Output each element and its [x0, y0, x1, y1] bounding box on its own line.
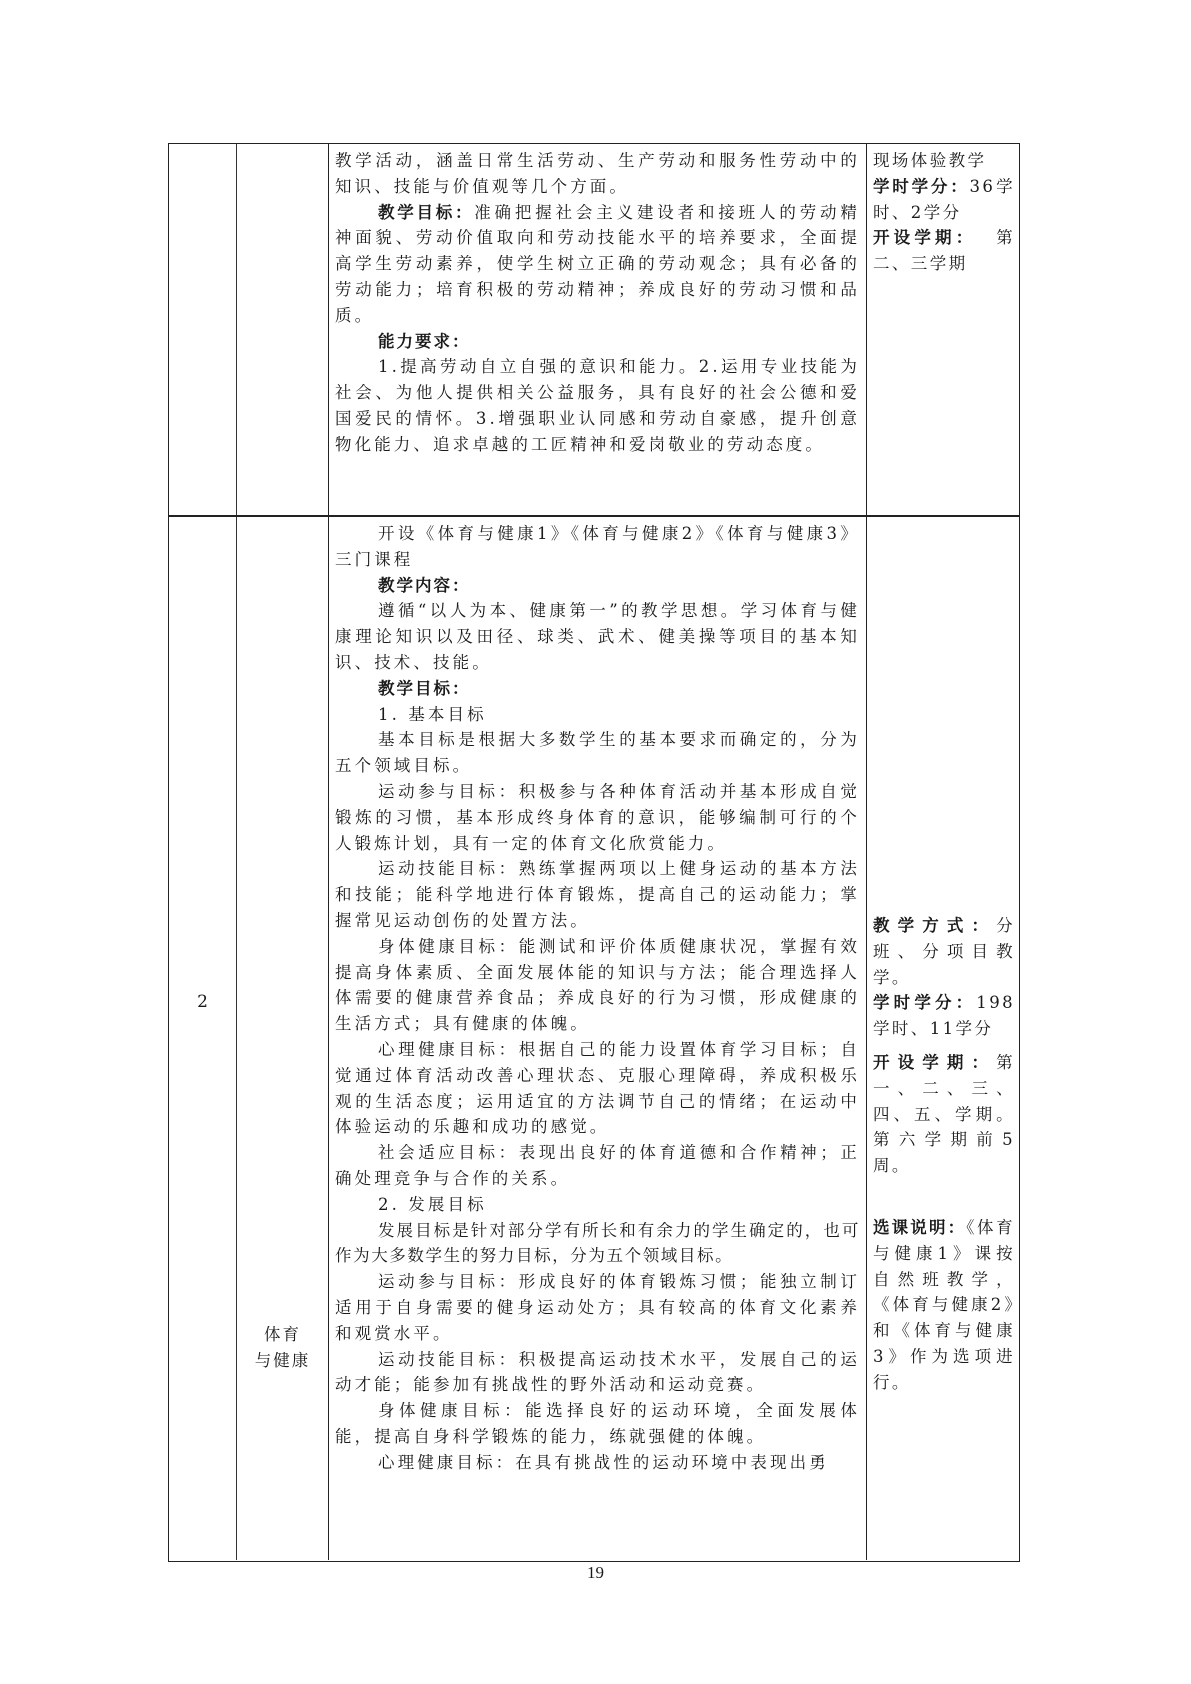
semester-label: 开设学期：: [873, 1053, 996, 1072]
ability-requirement-label: 能力要求：: [378, 332, 471, 351]
elective-note: 选课说明：《体育与健康1》课按自然班教学，《体育与健康2》和《体育与健康3》作为…: [873, 1215, 1015, 1396]
basic-goal-skill: 运动技能目标：熟练掌握两项以上健身运动的基本方法和技能；能科学地进行体育锻炼，提…: [335, 856, 860, 933]
ability-requirement-label-line: 能力要求：: [335, 329, 860, 355]
teaching-method: 教学方式：分班、分项目教学。: [873, 913, 1015, 990]
development-goal-skill: 运动技能目标：积极提高运动技术水平，发展自己的运动才能；能参加有挑战性的野外活动…: [335, 1347, 860, 1399]
page-number: 19: [0, 1563, 1191, 1583]
elective-note-label: 选课说明：: [873, 1218, 966, 1237]
course-description-cell: 教学活动，涵盖日常生活劳动、生产劳动和服务性劳动中的知识、技能与价值观等几个方面…: [329, 144, 867, 515]
basic-goal-social: 社会适应目标：表现出良好的体育道德和合作精神；正确处理竞争与合作的关系。: [335, 1140, 860, 1192]
course-info-cell: 教学方式：分班、分项目教学。 学时学分：198学时、11学分 开设学期：第一、二…: [867, 517, 1019, 1560]
development-goal-physical: 身体健康目标：能选择良好的运动环境，全面发展体能，提高自身科学锻炼的能力，练就强…: [335, 1398, 860, 1450]
teaching-goal-label-line: 教学目标：: [335, 676, 860, 702]
basic-goal-mental: 心理健康目标：根据自己的能力设置体育学习目标；自觉通过体育活动改善心理状态、克服…: [335, 1037, 860, 1140]
teaching-content-label-line: 教学内容：: [335, 573, 860, 599]
basic-goal-participation: 运动参与目标：积极参与各种体育活动并基本形成自觉锻炼的习惯，基本形成终身体育的意…: [335, 779, 860, 856]
ability-requirement-text: 1.提高劳动自立自强的意识和能力。2.运用专业技能为社会、为他人提供相关公益服务…: [335, 354, 860, 457]
course-name: 体育 与健康: [237, 1322, 328, 1374]
basic-goal-title: 1. 基本目标: [335, 702, 860, 728]
basic-goal-intro: 基本目标是根据大多数学生的基本要求而确定的，分为五个领域目标。: [335, 727, 860, 779]
development-goal-title: 2. 发展目标: [335, 1192, 860, 1218]
semester: 开设学期：第一、二、三、四、五、学期。第六学期前5周。: [873, 1050, 1015, 1179]
hours-credits-label: 学时学分：: [873, 993, 976, 1012]
row-number-cell: 2: [169, 517, 237, 1560]
development-goal-mental: 心理健康目标：在具有挑战性的运动环境中表现出勇: [335, 1450, 860, 1476]
teaching-goal-label: 教学目标：: [378, 679, 471, 698]
development-goal-intro: 发展目标是针对部分学有所长和有余力的学生确定的，也可作为大多数学生的努力目标，分…: [335, 1218, 860, 1270]
teaching-goal-label: 教学目标：: [378, 203, 474, 222]
row-number: 2: [169, 992, 236, 1012]
course-name-cell: [237, 144, 329, 515]
table-row-labor-education: 教学活动，涵盖日常生活劳动、生产劳动和服务性劳动中的知识、技能与价值观等几个方面…: [169, 144, 1019, 517]
development-goal-participation: 运动参与目标：形成良好的体育锻炼习惯；能独立制订适用于自身需要的健身运动处方；具…: [335, 1269, 860, 1346]
hours-credits-label: 学时学分：: [873, 177, 970, 196]
elective-note-text: 《体育与健康1》课按自然班教学，《体育与健康2》和《体育与健康3》作为选项进行。: [873, 1218, 1015, 1392]
semester-label: 开设学期：: [873, 228, 976, 247]
course-info-cell: 现场体验教学 学时学分：36学时、2学分 开设学期： 第二、三学期: [867, 144, 1019, 515]
course-description-cell: 开设《体育与健康1》《体育与健康2》《体育与健康3》三门课程 教学内容： 遵循“…: [329, 517, 867, 1560]
teaching-method-text: 现场体验教学: [873, 148, 1015, 174]
row-number-cell: [169, 144, 237, 515]
teaching-goal-paragraph: 教学目标：准确把握社会主义建设者和接班人的劳动精神面貌、劳动价值取向和劳动技能水…: [335, 200, 860, 329]
hours-credits: 学时学分：198学时、11学分: [873, 990, 1015, 1042]
teaching-content-text: 教学活动，涵盖日常生活劳动、生产劳动和服务性劳动中的知识、技能与价值观等几个方面…: [335, 148, 860, 200]
table-row-pe-health: 2 体育 与健康 开设《体育与健康1》《体育与健康2》《体育与健康3》三门课程 …: [169, 517, 1019, 1560]
semester: 开设学期： 第二、三学期: [873, 225, 1015, 277]
hours-credits: 学时学分：36学时、2学分: [873, 174, 1015, 226]
course-intro: 开设《体育与健康1》《体育与健康2》《体育与健康3》三门课程: [335, 521, 860, 573]
teaching-content-label: 教学内容：: [378, 576, 471, 595]
teaching-method-label: 教学方式：: [873, 916, 996, 935]
teaching-content-text: 遵循“以人为本、健康第一”的教学思想。学习体育与健康理论知识以及田径、球类、武术…: [335, 598, 860, 675]
curriculum-table: 教学活动，涵盖日常生活劳动、生产劳动和服务性劳动中的知识、技能与价值观等几个方面…: [168, 143, 1020, 1562]
basic-goal-physical: 身体健康目标：能测试和评价体质健康状况，掌握有效提高身体素质、全面发展体能的知识…: [335, 934, 860, 1037]
course-name-cell: 体育 与健康: [237, 517, 329, 1560]
